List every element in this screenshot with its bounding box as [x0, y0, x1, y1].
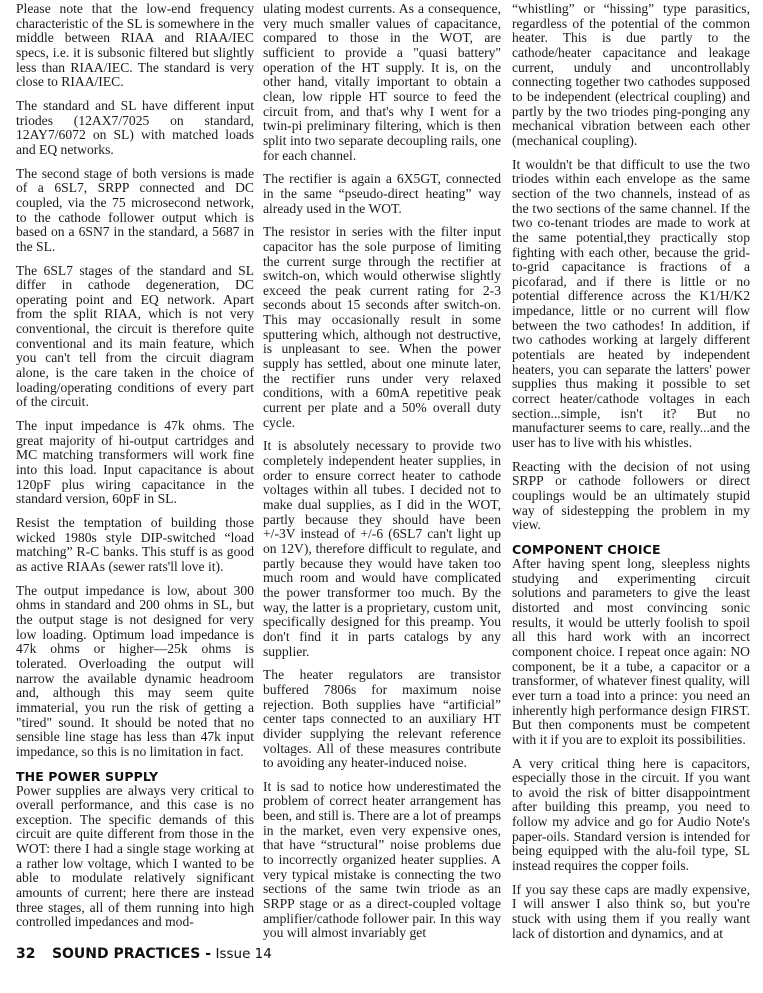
paragraph: If you say these caps are madly expensiv… — [512, 883, 750, 942]
paragraph: The resistor in series with the filter i… — [263, 225, 501, 430]
paragraph: Power supplies are always very critical … — [16, 784, 254, 931]
magazine-title: SOUND PRACTICES - — [52, 946, 211, 962]
magazine-page: Please note that the low-end frequency c… — [0, 0, 763, 993]
section-heading-component-choice: COMPONENT CHOICE — [512, 542, 750, 557]
paragraph: A very critical thing here is capacitors… — [512, 757, 750, 874]
paragraph: It wouldn't be that difficult to use the… — [512, 158, 750, 451]
paragraph: The 6SL7 stages of the standard and SL d… — [16, 264, 254, 411]
text-column-2: ulating modest currents. As a consequenc… — [263, 2, 501, 950]
paragraph: Please note that the low-end frequency c… — [16, 2, 254, 90]
paragraph: Reacting with the decision of not using … — [512, 460, 750, 533]
paragraph: The standard and SL have different input… — [16, 99, 254, 158]
paragraph: Resist the temptation of building those … — [16, 516, 254, 575]
text-column-3: “whistling” or “hissing” type parasitics… — [512, 2, 750, 950]
section-heading-power-supply: THE POWER SUPPLY — [16, 769, 254, 784]
paragraph: ulating modest currents. As a consequenc… — [263, 2, 501, 163]
paragraph: The output impedance is low, about 300 o… — [16, 584, 254, 760]
paragraph: It is absolutely necessary to provide tw… — [263, 439, 501, 659]
paragraph: “whistling” or “hissing” type parasitics… — [512, 2, 750, 149]
paragraph: It is sad to notice how underestimated t… — [263, 780, 501, 941]
paragraph: The input impedance is 47k ohms. The gre… — [16, 419, 254, 507]
paragraph: The heater regulators are transistor buf… — [263, 668, 501, 771]
paragraph: After having spent long, sleepless night… — [512, 557, 750, 748]
page-number: 32 — [16, 946, 35, 962]
issue-label: Issue 14 — [215, 946, 271, 962]
paragraph: The second stage of both versions is mad… — [16, 167, 254, 255]
text-column-1: Please note that the low-end frequency c… — [16, 2, 254, 939]
page-footer: 32 SOUND PRACTICES - Issue 14 — [16, 946, 272, 962]
paragraph: The rectifier is again a 6X5GT, connecte… — [263, 172, 501, 216]
